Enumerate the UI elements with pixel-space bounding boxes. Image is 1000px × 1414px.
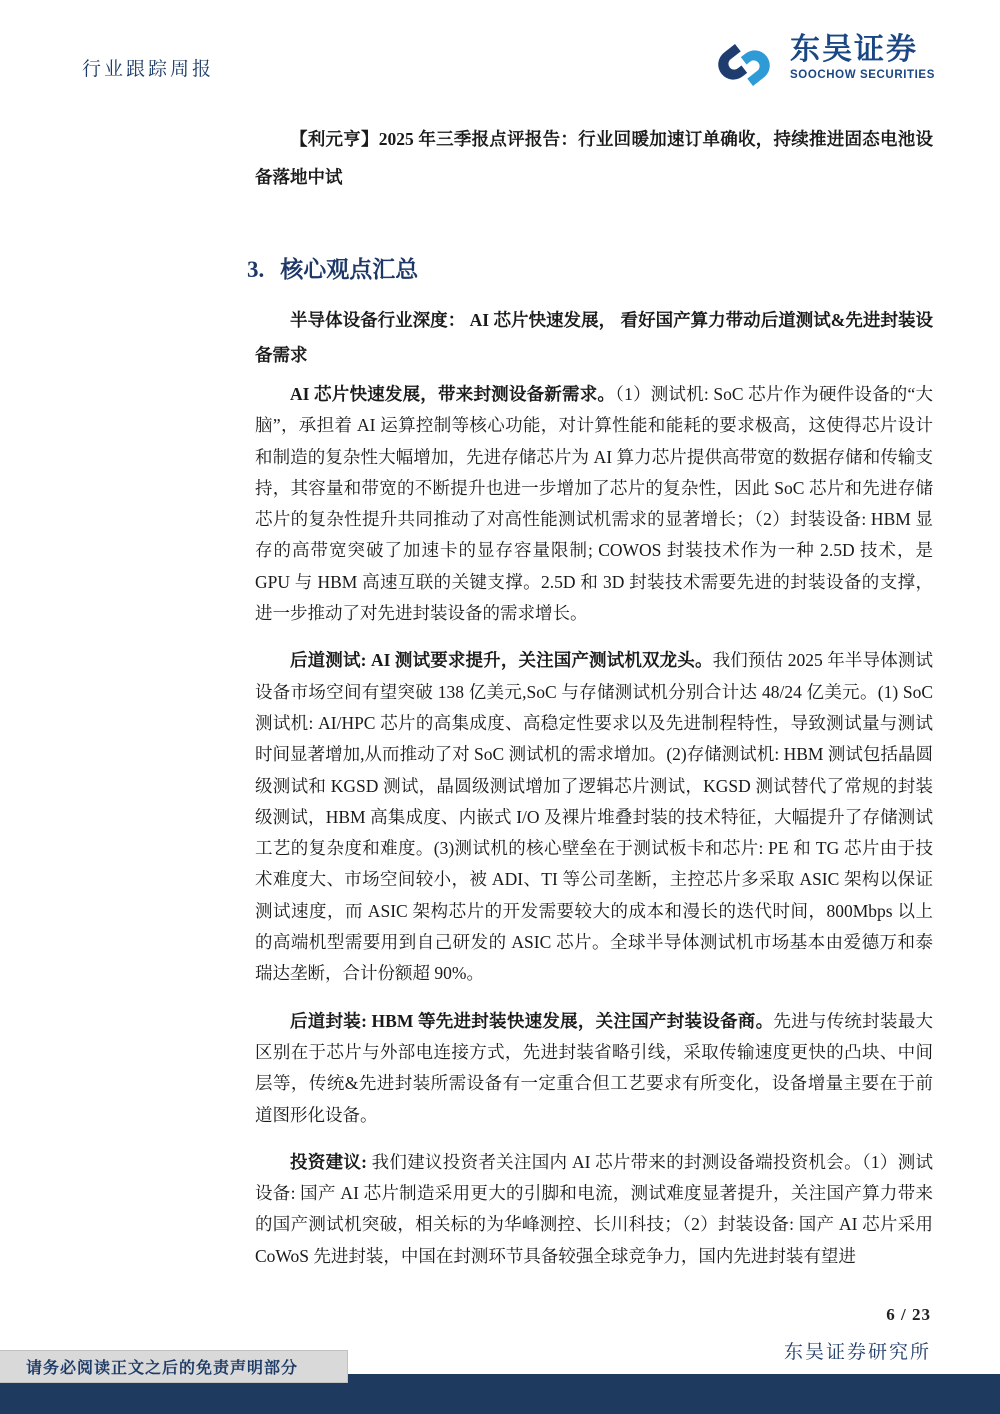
- paragraph-lead: 投资建议:: [290, 1152, 372, 1172]
- paragraph-body: （1）测试机: SoC 芯片作为硬件设备的“大脑”，承担着 AI 运算控制等核心…: [255, 384, 933, 623]
- paragraph-body: 我们预估 2025 年半导体测试设备市场空间有望突破 138 亿美元,SoC 与…: [255, 650, 933, 983]
- logo-brand-cn: 东吴证券: [790, 34, 935, 66]
- body-paragraph: 投资建议: 我们建议投资者关注国内 AI 芯片带来的封测设备端投资机会。（1）测…: [255, 1147, 933, 1272]
- paragraph-lead: 后道封装: HBM 等先进封装快速发展，关注国产封装设备商。: [290, 1011, 773, 1031]
- paragraph-lead: AI 芯片快速发展，带来封测设备新需求。: [290, 384, 615, 404]
- report-type-label: 行业跟踪周报: [82, 54, 214, 81]
- report-page: { "colors": { "text_black": "#1a1a1a", "…: [0, 0, 1000, 1414]
- soochow-logo-icon: [714, 36, 774, 94]
- body-paragraph: AI 芯片快速发展，带来封测设备新需求。（1）测试机: SoC 芯片作为硬件设备…: [255, 379, 933, 629]
- soochow-logo: 东吴证券 SOOCHOW SECURITIES: [714, 34, 935, 94]
- disclaimer-banner: 请务必阅读正文之后的免责声明部分: [0, 1350, 348, 1383]
- logo-text: 东吴证券 SOOCHOW SECURITIES: [790, 34, 935, 81]
- logo-brand-en: SOOCHOW SECURITIES: [790, 69, 935, 81]
- body-paragraph: 后道封装: HBM 等先进封装快速发展，关注国产封装设备商。先进与传统封装最大区…: [255, 1006, 933, 1131]
- paragraph-lead: 后道测试: AI 测试要求提升，关注国产测试机双龙头。: [290, 650, 713, 670]
- section-heading: 3.核心观点汇总: [247, 251, 418, 284]
- body-paragraph: 后道测试: AI 测试要求提升，关注国产测试机双龙头。我们预估 2025 年半导…: [255, 645, 933, 989]
- subsection-heading: 半导体设备行业深度： AI 芯片快速发展， 看好国产算力带动后道测试&先进封装设…: [255, 303, 933, 373]
- article-body: AI 芯片快速发展，带来封测设备新需求。（1）测试机: SoC 芯片作为硬件设备…: [255, 379, 933, 1288]
- section-number: 3.: [247, 257, 264, 282]
- section-title: 核心观点汇总: [280, 257, 418, 282]
- report-highlight-title: 【利元亨】2025 年三季报点评报告：行业回暖加速订单确收，持续推进固态电池设备…: [255, 120, 933, 196]
- page-indicator: 6 / 23: [0, 1305, 931, 1325]
